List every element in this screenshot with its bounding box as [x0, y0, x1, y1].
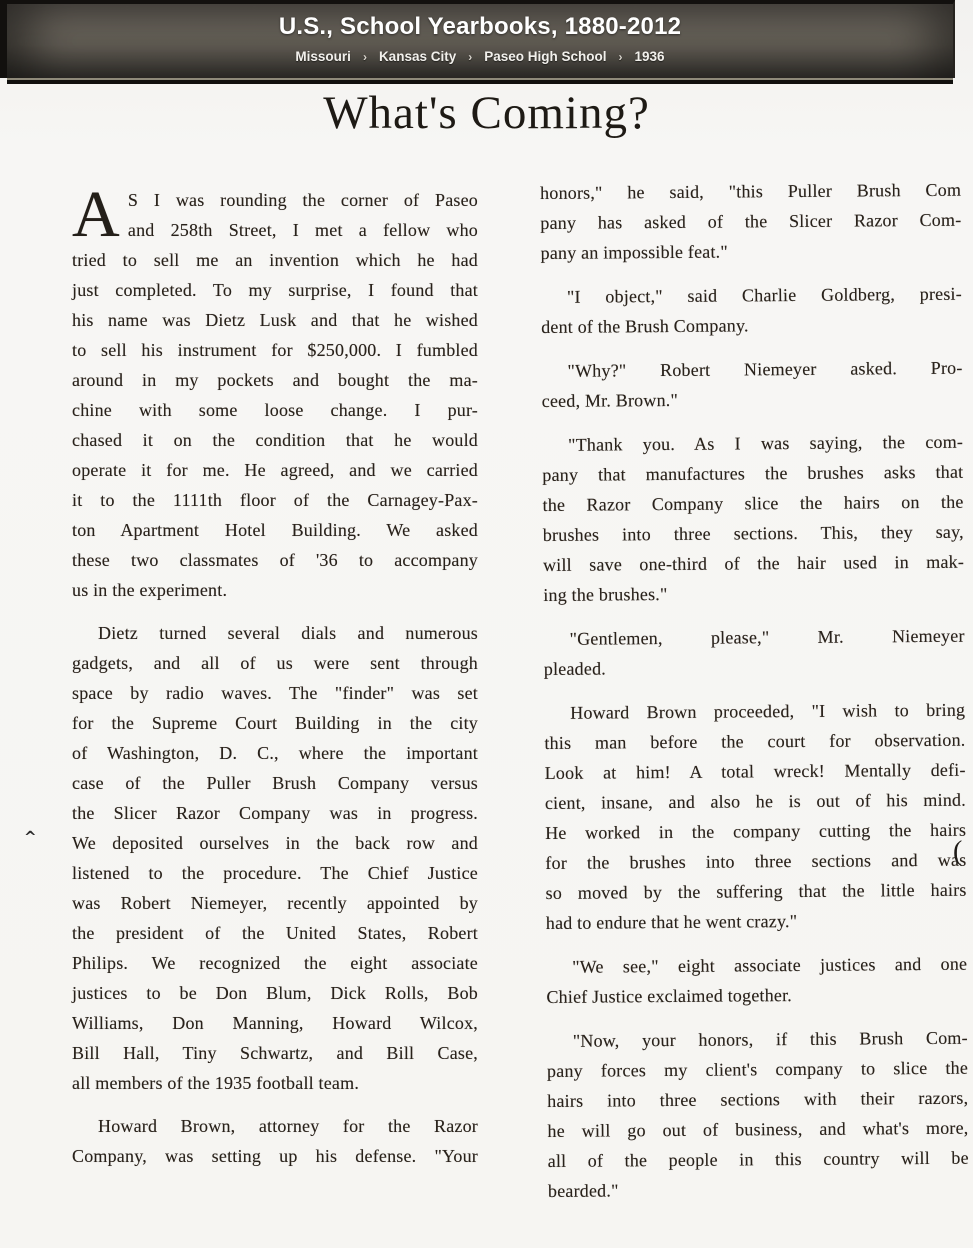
viewer-header: U.S., School Yearbooks, 1880-2012 Missou… — [0, 0, 955, 78]
breadcrumb-item-paseo-high-school[interactable]: Paseo High School — [484, 49, 606, 64]
text-line: was Robert Niemeyer, recently appointed … — [72, 888, 478, 918]
paragraph: honors," he said, "this Puller Brush Com… — [540, 175, 962, 268]
text-line: this man before the court for observatio… — [544, 725, 965, 758]
text-line: operate it for me. He agreed, and we car… — [72, 455, 478, 485]
drop-cap: A — [72, 185, 128, 241]
text-line: pany forces my client's company to slice… — [547, 1053, 968, 1086]
text-line: "Gentlemen, please," Mr. Niemeyer — [544, 621, 965, 654]
breadcrumb-separator: › — [468, 50, 472, 64]
text-line: brushes into three sections. This, they … — [543, 517, 964, 550]
text-line: for the Supreme Court Building in the ci… — [72, 708, 478, 738]
text-line: all of the people in this country will b… — [548, 1143, 969, 1176]
text-line: pany that manufactures the brushes asks … — [542, 457, 963, 490]
margin-paren-artifact: ( — [953, 836, 962, 868]
text-line: justices to be Don Blum, Dick Rolls, Bob — [72, 978, 478, 1008]
paragraph: Howard Brown proceeded, "I wish to bring… — [544, 695, 967, 938]
breadcrumb-item-kansas-city[interactable]: Kansas City — [379, 49, 456, 64]
yearbook-viewer: { "header": { "title": "U.S., School Yea… — [0, 0, 973, 1248]
article-column-right: honors," he said, "this Puller Brush Com… — [540, 175, 969, 1220]
text-line: to sell his instrument for $250,000. I f… — [72, 335, 478, 365]
paragraph: "Now, your honors, if this Brush Com-pan… — [547, 1023, 969, 1206]
text-line: listened to the procedure. The Chief Jus… — [72, 858, 478, 888]
text-line: Philips. We recognized the eight associa… — [72, 948, 478, 978]
text-line: space by radio waves. The "finder" was s… — [72, 678, 478, 708]
text-line: and 258th Street, I met a fellow who — [72, 215, 478, 245]
text-line: case of the Puller Brush Company versus — [72, 768, 478, 798]
paragraph: "Why?" Robert Niemeyer asked. Pro-ceed, … — [541, 353, 962, 416]
text-line: bearded." — [548, 1173, 969, 1206]
breadcrumb-item-missouri[interactable]: Missouri — [295, 49, 351, 64]
text-line: We deposited ourselves in the back row a… — [72, 828, 478, 858]
text-line: around in my pockets and bought the ma- — [72, 365, 478, 395]
text-line: Chief Justice exclaimed together. — [546, 979, 967, 1012]
text-line: Bill Hall, Tiny Schwartz, and Bill Case, — [72, 1038, 478, 1068]
text-line: will save one-third of the hair used in … — [543, 547, 964, 580]
paragraph: "Thank you. As I was saying, the com-pan… — [542, 427, 964, 610]
paragraph: "I object," said Charlie Goldberg, presi… — [541, 279, 962, 342]
breadcrumb-item-1936[interactable]: 1936 — [635, 49, 665, 64]
text-line: the Razor Company slice the hairs on the — [542, 487, 963, 520]
margin-caret-mark: ^ — [24, 828, 37, 846]
text-line: Company, was setting up his defense. "Yo… — [72, 1141, 478, 1171]
text-line: gadgets, and all of us were sent through — [72, 648, 478, 678]
text-line: pany an impossible feat." — [540, 235, 961, 268]
text-line: pany has asked of the Slicer Razor Com- — [540, 205, 961, 238]
text-line: "I object," said Charlie Goldberg, presi… — [541, 279, 962, 312]
text-line: Dietz turned several dials and numerous — [72, 618, 478, 648]
text-line: ing the brushes." — [543, 577, 964, 610]
text-line: cient, insane, and also he is out of his… — [545, 785, 966, 818]
text-line: S I was rounding the corner of Paseo — [72, 185, 478, 215]
article-column-left: AS I was rounding the corner of Paseoand… — [72, 185, 478, 1184]
text-line: of Washington, D. C., where the importan… — [72, 738, 478, 768]
paragraph: "Gentlemen, please," Mr. Niemeyerpleaded… — [544, 621, 965, 684]
text-line: chased it on the condition that he would — [72, 425, 478, 455]
text-line: he will go out of business, and what's m… — [547, 1113, 968, 1146]
collection-title: U.S., School Yearbooks, 1880-2012 — [7, 13, 953, 41]
breadcrumb-separator: › — [363, 50, 367, 64]
text-line: us in the experiment. — [72, 575, 478, 605]
text-line: tried to sell me an invention which he h… — [72, 245, 478, 275]
text-line: "Now, your honors, if this Brush Com- — [547, 1023, 968, 1056]
text-line: his name was Dietz Lusk and that he wish… — [72, 305, 478, 335]
text-line: just completed. To my surprise, I found … — [72, 275, 478, 305]
text-line: hairs into three sections with their raz… — [547, 1083, 968, 1116]
text-line: chine with some loose change. I pur- — [72, 395, 478, 425]
paragraph: Dietz turned several dials and numerousg… — [72, 618, 478, 1098]
text-line: it to the 1111th floor of the Carnagey-P… — [72, 485, 478, 515]
page-title: What's Coming? — [0, 86, 973, 140]
paragraph: Howard Brown, attorney for the RazorComp… — [72, 1111, 478, 1171]
text-line: the president of the United States, Robe… — [72, 918, 478, 948]
text-line: for the brushes into three sections and … — [545, 845, 966, 878]
breadcrumb: Missouri›Kansas City›Paseo High School›1… — [7, 49, 953, 64]
text-line: pleaded. — [544, 651, 965, 684]
text-line: had to endure that he went crazy." — [546, 905, 967, 938]
text-line: the Slicer Razor Company was in progress… — [72, 798, 478, 828]
text-line: "We see," eight associate justices and o… — [546, 949, 967, 982]
breadcrumb-separator: › — [619, 50, 623, 64]
paragraph: AS I was rounding the corner of Paseoand… — [72, 185, 478, 605]
text-line: all members of the 1935 football team. — [72, 1068, 478, 1098]
paragraph: "We see," eight associate justices and o… — [546, 949, 967, 1012]
text-line: Howard Brown proceeded, "I wish to bring — [544, 695, 965, 728]
text-line: honors," he said, "this Puller Brush Com — [540, 175, 961, 208]
text-line: Look at him! A total wreck! Mentally def… — [545, 755, 966, 788]
text-line: these two classmates of '36 to accompany — [72, 545, 478, 575]
text-line: ceed, Mr. Brown." — [542, 383, 963, 416]
text-line: "Thank you. As I was saying, the com- — [542, 427, 963, 460]
text-line: Williams, Don Manning, Howard Wilcox, — [72, 1008, 478, 1038]
text-line: Howard Brown, attorney for the Razor — [72, 1111, 478, 1141]
text-line: dent of the Brush Company. — [541, 309, 962, 342]
text-line: He worked in the company cutting the hai… — [545, 815, 966, 848]
text-line: so moved by the suffering that the littl… — [545, 875, 966, 908]
text-line: ton Apartment Hotel Building. We asked — [72, 515, 478, 545]
text-line: "Why?" Robert Niemeyer asked. Pro- — [541, 353, 962, 386]
